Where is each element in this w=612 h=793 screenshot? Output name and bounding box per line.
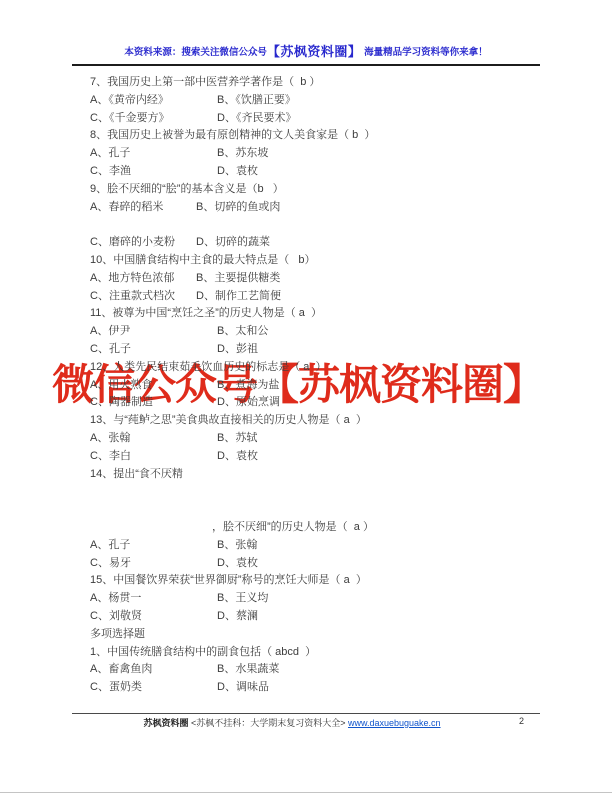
option-b: B、主要提供糖类 (196, 272, 280, 284)
option-a: A、张翰 (90, 430, 217, 448)
option-row: A、用火熟食B、煮海为盐 (90, 377, 572, 395)
option-row: A、伊尹B、太和公 (90, 323, 572, 341)
option-b: B、水果蔬菜 (217, 663, 279, 675)
option-b: D、《齐民要术》 (217, 112, 296, 124)
option-b: B、苏轼 (217, 432, 257, 444)
question-text: 13、与“莼鲈之思”美食典故直接相关的历史人物是（ a ） (90, 412, 572, 430)
header-promo-suffix: 海量精品学习资料等你来拿！ (361, 47, 487, 58)
footer-divider-line (72, 713, 540, 714)
question-text: 1、中国传统膳食结构中的副食包括（ abcd ） (90, 644, 572, 662)
option-row: C、《千金要方》D、《齐民要术》 (90, 110, 572, 128)
option-b: D、蔡澜 (217, 610, 258, 622)
option-a: C、《千金要方》 (90, 110, 217, 128)
question-text: 7、我国历史上第一部中医营养学著作是（ b ） (90, 74, 572, 92)
question-text: 14、提出“食不厌精 (90, 466, 572, 484)
header-promo-note: 本资料来源：搜索关注微信公众号【苏枫资料圈】 海量精品学习资料等你来拿！ (0, 41, 612, 60)
footer-website-link[interactable]: www.daxuebuguake.cn (348, 718, 441, 728)
question-text: 15、中国餐饮界荣获“世界御厨”称号的烹饪大师是（ a ） (90, 572, 572, 590)
option-b: D、原始烹调 (217, 396, 280, 408)
option-row: A、畜禽鱼肉B、水果蔬菜 (90, 661, 572, 679)
option-row: A、舂碎的稻米B、切碎的鱼或肉 (90, 199, 572, 217)
option-row: A、孔子B、张翰 (90, 537, 572, 555)
option-row: C、孔子D、彭祖 (90, 341, 572, 359)
option-b: D、彭祖 (217, 343, 258, 355)
option-a: A、畜禽鱼肉 (90, 661, 217, 679)
blank-line (90, 501, 572, 519)
page-number: 2 (519, 716, 524, 726)
option-row: C、磨碎的小麦粉D、切碎的蔬菜 (90, 234, 572, 252)
option-a: C、李渔 (90, 163, 217, 181)
option-b: D、袁枚 (217, 165, 258, 177)
option-row: A、孔子B、苏东坡 (90, 145, 572, 163)
blank-line (90, 483, 572, 501)
option-row: C、易牙D、袁枚 (90, 555, 572, 573)
option-b: D、调味品 (217, 681, 269, 693)
question-continuation: ，脍不厌细”的历史人物是（ a ） (90, 519, 572, 537)
option-row: A、《黄帝内经》B、《饮膳正要》 (90, 92, 572, 110)
option-a: A、地方特色浓郁 (90, 270, 196, 288)
option-a: A、用火熟食 (90, 377, 217, 395)
header-brand-name: 【苏枫资料圈】 (267, 44, 362, 59)
option-a: C、李白 (90, 448, 217, 466)
option-b: B、太和公 (217, 325, 268, 337)
option-row: C、李白D、袁枚 (90, 448, 572, 466)
option-row: A、张翰B、苏轼 (90, 430, 572, 448)
option-row: C、陶器制造D、原始烹调 (90, 394, 572, 412)
option-a: C、易牙 (90, 555, 217, 573)
option-row: A、地方特色浓郁B、主要提供糖类 (90, 270, 572, 288)
option-a: A、孔子 (90, 537, 217, 555)
option-a: C、陶器制造 (90, 394, 217, 412)
option-a: C、磨碎的小麦粉 (90, 234, 196, 252)
question-text: 12、人类先民结束茹毛饮血历史的标志是（ a ） (90, 359, 572, 377)
question-list: 7、我国历史上第一部中医营养学著作是（ b ）A、《黄帝内经》B、《饮膳正要》C… (90, 74, 572, 697)
footer-note: 苏枫资料圈 <苏枫不挂科：大学期末复习资料大全> www.daxuebuguak… (72, 716, 512, 729)
option-row: A、杨贯一B、王义均 (90, 590, 572, 608)
option-a: A、伊尹 (90, 323, 217, 341)
option-row: C、蛋奶类D、调味品 (90, 679, 572, 697)
header-promo-prefix: 本资料来源：搜索关注微信公众号 (124, 47, 267, 58)
option-a: A、《黄帝内经》 (90, 92, 217, 110)
question-text: 11、被尊为中国“烹饪之圣”的历史人物是（ a ） (90, 305, 572, 323)
option-row: C、李渔D、袁枚 (90, 163, 572, 181)
header-divider-line (72, 64, 540, 66)
option-b: D、切碎的蔬菜 (196, 236, 270, 248)
option-b: B、《饮膳正要》 (217, 94, 296, 106)
document-page: 本资料来源：搜索关注微信公众号【苏枫资料圈】 海量精品学习资料等你来拿！ 微信公… (0, 0, 612, 793)
option-b: D、袁枚 (217, 557, 258, 569)
question-text: 8、我国历史上被誉为最有原创精神的文人美食家是（ b ） (90, 127, 572, 145)
blank-line (90, 216, 572, 234)
option-row: C、刘敬贤D、蔡澜 (90, 608, 572, 626)
footer-tagline: <苏枫不挂科：大学期末复习资料大全> (188, 718, 348, 728)
option-b: B、煮海为盐 (217, 379, 279, 391)
option-a: C、蛋奶类 (90, 679, 217, 697)
option-b: B、苏东坡 (217, 147, 268, 159)
footer-brand-name: 苏枫资料圈 (143, 718, 188, 728)
option-a: A、杨贯一 (90, 590, 217, 608)
option-row: C、注重款式档次D、制作工艺简便 (90, 288, 572, 306)
option-a: C、注重款式档次 (90, 288, 196, 306)
option-b: B、王义均 (217, 592, 268, 604)
option-a: C、刘敬贤 (90, 608, 217, 626)
question-text: 9、脍不厌细的“脍”的基本含义是（b ） (90, 181, 572, 199)
option-b: B、张翰 (217, 539, 257, 551)
question-text: 10、中国膳食结构中主食的最大特点是（ b） (90, 252, 572, 270)
option-a: A、舂碎的稻米 (90, 199, 196, 217)
option-b: B、切碎的鱼或肉 (196, 201, 280, 213)
option-b: D、袁枚 (217, 450, 258, 462)
section-heading: 多项选择题 (90, 626, 572, 644)
option-a: A、孔子 (90, 145, 217, 163)
option-a: C、孔子 (90, 341, 217, 359)
option-b: D、制作工艺简便 (196, 290, 281, 302)
